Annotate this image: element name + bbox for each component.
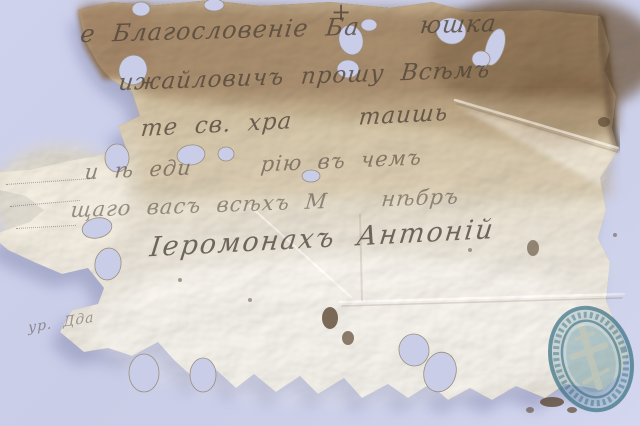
photo-of-old-letter: + е Благословеніе Ба юшка ижайловичъ про… [0,0,640,426]
